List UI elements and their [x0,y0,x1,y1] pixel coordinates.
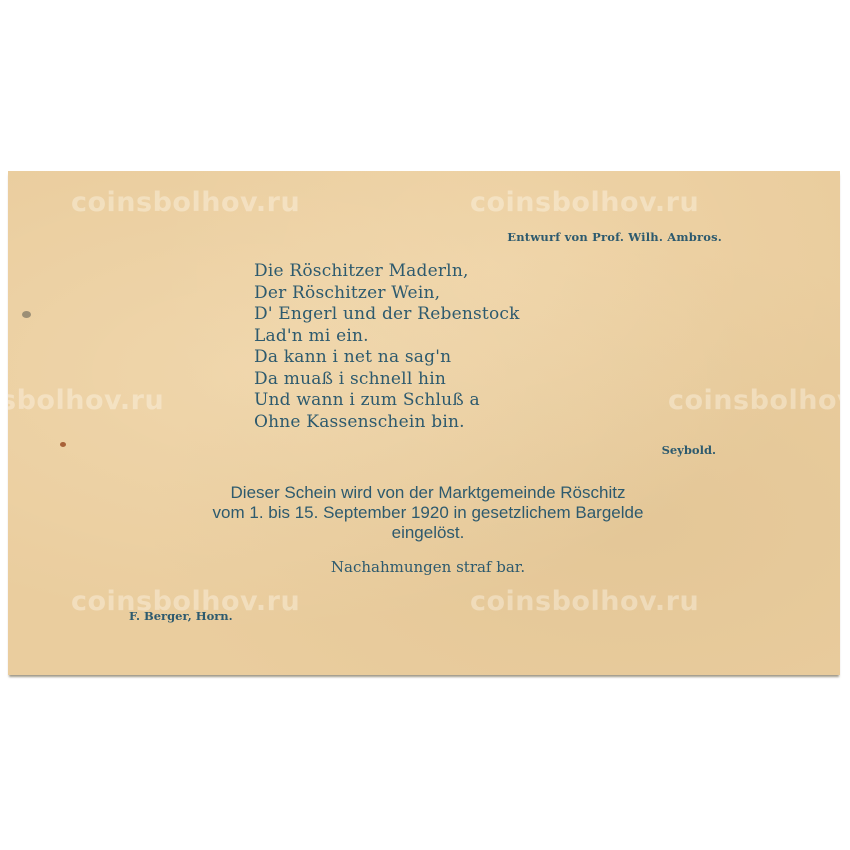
poem-line: Ohne Kassenschein bin. [254,412,520,434]
poem-line: D' Engerl und der Rebenstock [254,304,520,326]
watermark: coinsbolhov.ru [668,385,840,416]
poem-line: Lad'n mi ein. [254,326,520,348]
stain-mark [60,442,66,447]
printer-credit: F. Berger, Horn. [129,609,233,623]
redemption-line: Dieser Schein wird von der Marktgemeinde… [118,483,738,503]
stain-mark [22,311,31,318]
watermark: coinsbolhov.ru [71,187,300,218]
design-credit: Entwurf von Prof. Wilh. Ambros. [507,230,722,244]
poem-author: Seybold. [662,443,716,457]
redemption-text: Dieser Schein wird von der Marktgemeinde… [118,483,738,543]
poem-line: Der Röschitzer Wein, [254,283,520,305]
poem-line: Die Röschitzer Maderln, [254,261,520,283]
redemption-line: eingelöst. [118,523,738,543]
poem-line: Und wann i zum Schluß a [254,390,520,412]
watermark: coinsbolhov.ru [470,187,699,218]
poem-line: Da kann i net na sag'n [254,347,520,369]
banknote-reverse: coinsbolhov.ru coinsbolhov.ru coinsbolho… [8,171,840,675]
watermark: coinsbolhov.ru [8,385,164,416]
penalty-notice: Nachahmungen straf bar. [118,558,738,576]
poem-line: Da muaß i schnell hin [254,369,520,391]
watermark: coinsbolhov.ru [470,586,699,617]
redemption-line: vom 1. bis 15. September 1920 in gesetzl… [118,503,738,523]
poem: Die Röschitzer Maderln, Der Röschitzer W… [254,261,520,433]
